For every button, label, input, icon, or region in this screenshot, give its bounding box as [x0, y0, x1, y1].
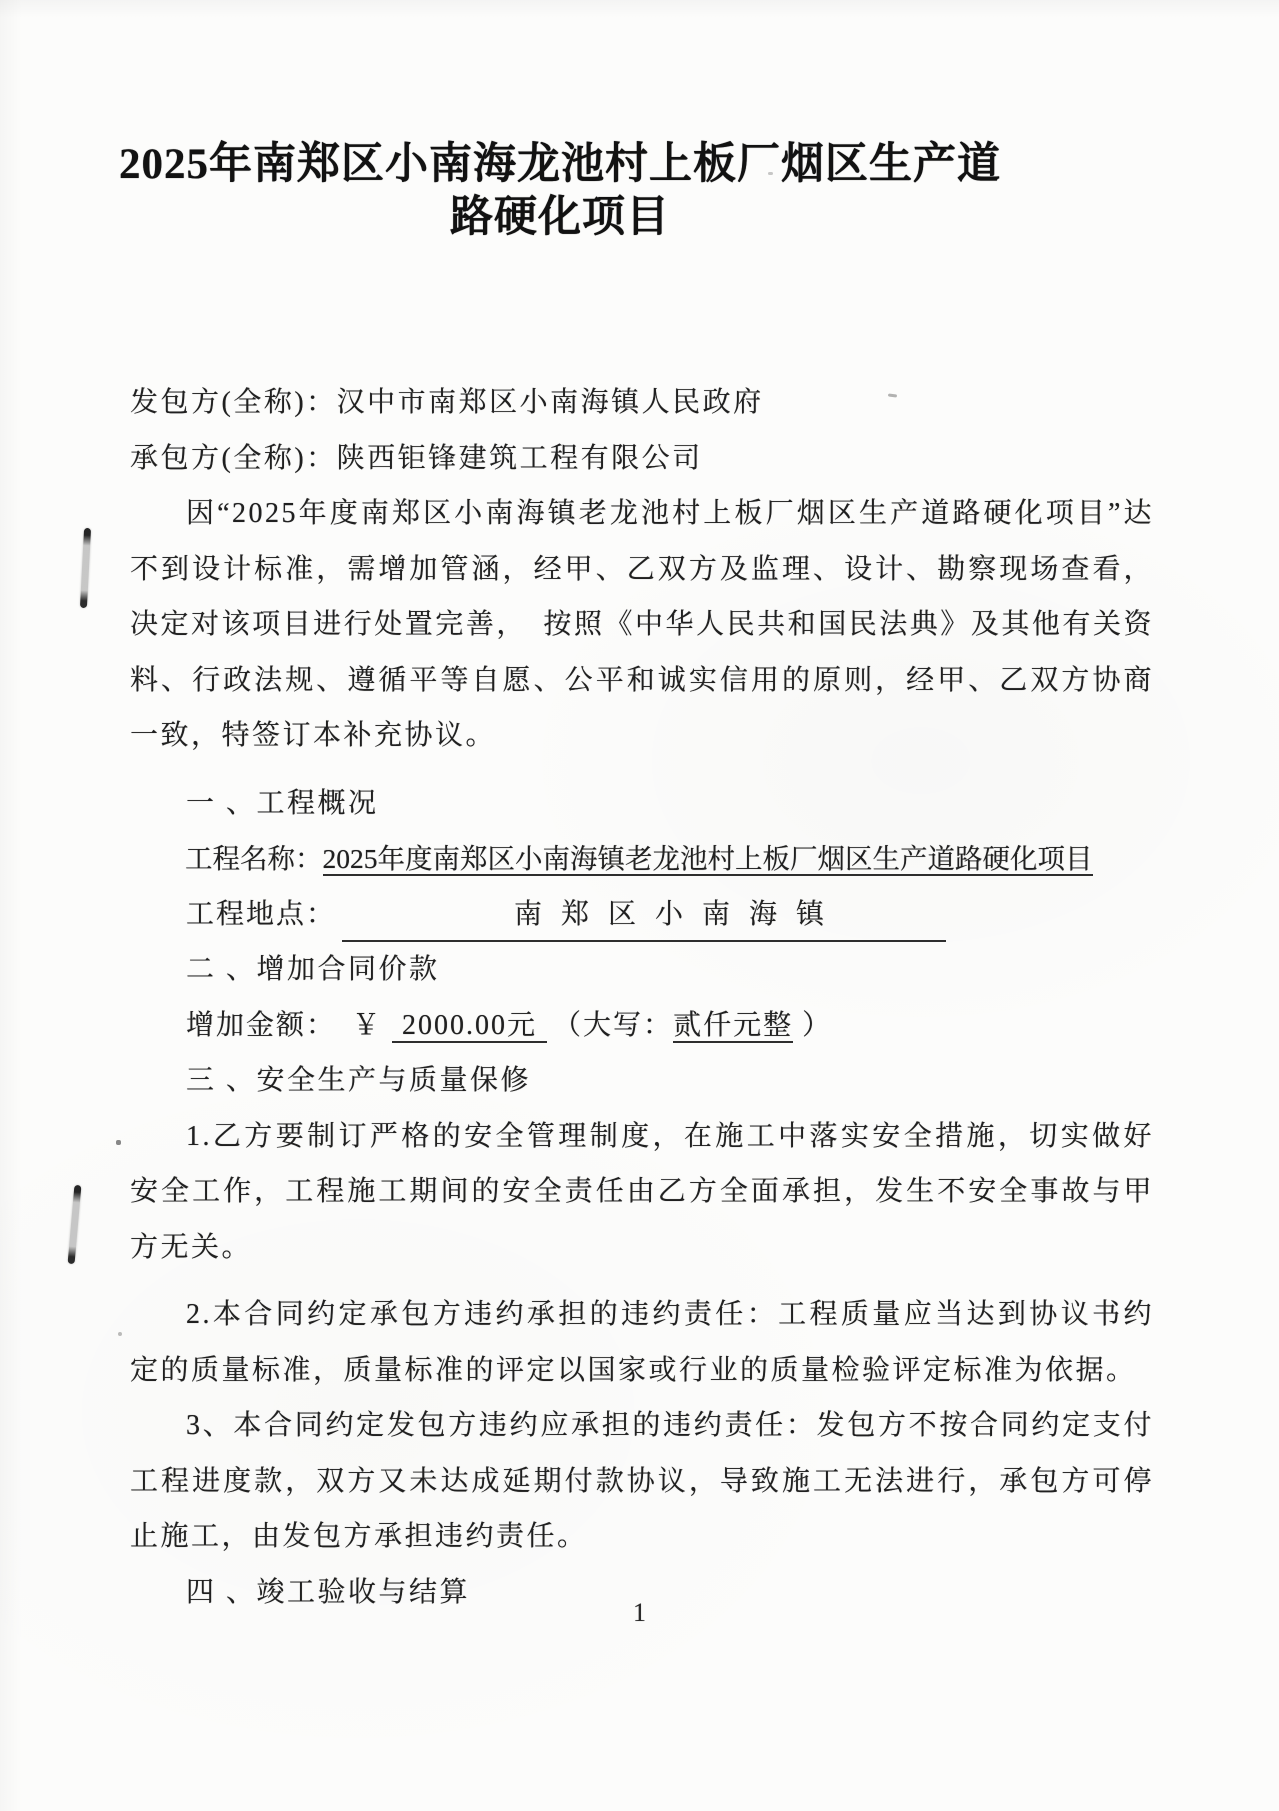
scan-speck	[116, 1140, 121, 1145]
project-site-underline: 南 郑 区 小 南 海 镇	[342, 890, 946, 942]
project-site-label: 工程地点：	[186, 899, 336, 930]
currency-symbol: ￥	[352, 1010, 382, 1041]
staple-mark-top	[80, 528, 91, 608]
section-3-heading: 三 、安全生产与质量保修	[130, 1053, 1154, 1109]
amount-label: 增加金额：	[186, 1010, 336, 1041]
section-2-heading: 二 、增加合同价款	[130, 942, 1154, 998]
document-title-line-1: 2025年南郑区小南海龙池村上板厂烟区生产道	[118, 138, 1002, 191]
amount-underline: 2000.00元	[392, 1010, 547, 1043]
staple-mark-bottom	[68, 1185, 82, 1264]
amount-caps-suffix: ）	[793, 1010, 832, 1041]
document-title-line-2: 路硬化项目	[118, 191, 1002, 244]
scan-speck	[118, 1332, 122, 1336]
project-site-field: 工程地点：南 郑 区 小 南 海 镇	[130, 887, 1154, 943]
project-name-underline: 2025年度南郑区小南海镇老龙池村上板厂烟区生产道路硬化项目	[323, 843, 1093, 876]
intro-paragraph: 因“2025年度南郑区小南海镇老龙池村上板厂烟区生产道路硬化项目”达不到设计标准…	[130, 486, 1154, 764]
project-name-label: 工程名称：	[185, 843, 323, 874]
amount-caps-underline: 贰仟元整	[673, 1010, 793, 1043]
clause-3-3: 3、本合同约定发包方违约应承担的违约责任：发包方不按合同约定支付工程进度款，双方…	[130, 1398, 1154, 1565]
employer-line: 发包方(全称)：汉中市南郑区小南海镇人民政府	[130, 375, 1154, 431]
clause-3-1: 1.乙方要制订严格的安全管理制度，在施工中落实安全措施，切实做好安全工作，工程施…	[130, 1109, 1154, 1276]
document-title: 2025年南郑区小南海龙池村上板厂烟区生产道 路硬化项目	[118, 138, 1002, 244]
amount-field: 增加金额：￥2000.00元（大写：贰仟元整 ）	[130, 998, 1154, 1054]
contractor-line: 承包方(全称)：陕西钜锋建筑工程有限公司	[130, 431, 1154, 487]
amount-caps-prefix: （大写：	[553, 1010, 673, 1041]
section-1-heading: 一 、工程概况	[130, 776, 1154, 832]
scanned-contract-page: 2025年南郑区小南海龙池村上板厂烟区生产道 路硬化项目 发包方(全称)：汉中市…	[0, 0, 1279, 1811]
project-name-field: 工程名称：2025年度南郑区小南海镇老龙池村上板厂烟区生产道路硬化项目	[130, 831, 1154, 887]
document-body: 发包方(全称)：汉中市南郑区小南海镇人民政府 承包方(全称)：陕西钜锋建筑工程有…	[130, 375, 1154, 1620]
page-number: 1	[0, 1598, 1279, 1628]
clause-3-2: 2.本合同约定承包方违约承担的违约责任：工程质量应当达到协议书约定的质量标准，质…	[130, 1287, 1154, 1398]
